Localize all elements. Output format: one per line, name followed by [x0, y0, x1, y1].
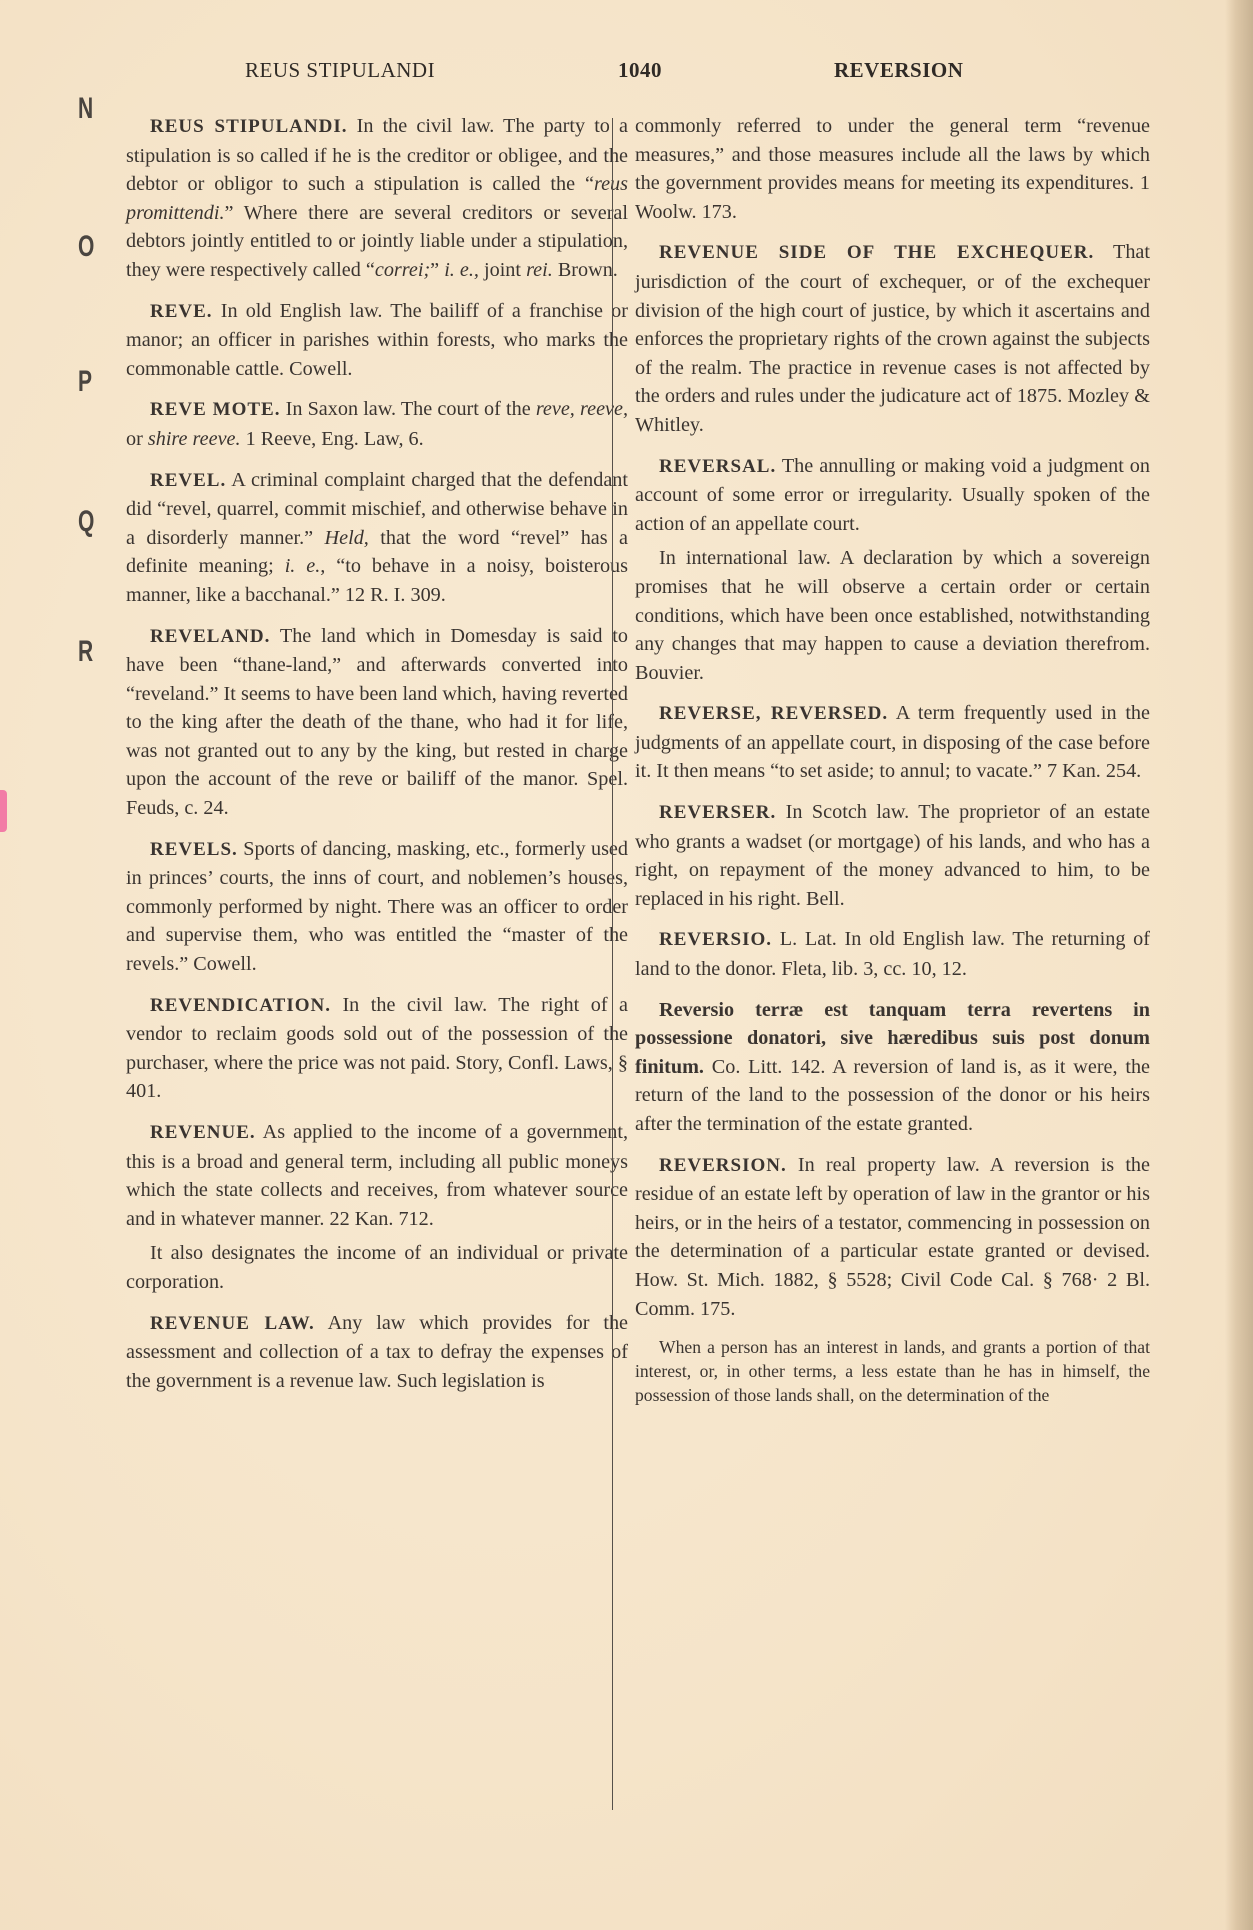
entry-italic-text: i. e., — [444, 259, 479, 281]
thumb-index-letter[interactable]: P — [78, 365, 92, 399]
dictionary-entry: REVENUE SIDE OF THE EXCHEQUER. That juri… — [635, 238, 1150, 439]
dictionary-entry: commonly referred to under the general t… — [635, 112, 1150, 226]
dictionary-page: REUS STIPULANDI 1040 REVERSION N O P Q R… — [0, 0, 1253, 1930]
dictionary-entry: REVELAND. The land which in Domesday is … — [126, 622, 628, 823]
dictionary-entry: REUS STIPULANDI. In the civil law. The p… — [126, 112, 628, 285]
left-column: REUS STIPULANDI. In the civil law. The p… — [126, 112, 628, 1407]
dictionary-entry: REVENDICATION. In the civil law. The rig… — [126, 991, 628, 1106]
entry-headword: REVENUE. — [150, 1122, 256, 1143]
dictionary-entry: REVERSION. In real property law. A rever… — [635, 1151, 1150, 1324]
entry-italic-text: reve, reeve, — [536, 398, 628, 420]
thumb-index-letter[interactable]: O — [78, 230, 94, 264]
entry-text: When a person has an interest in lands, … — [635, 1337, 1150, 1405]
entry-text: In international law. A declaration by w… — [635, 547, 1150, 683]
page-tab-marker — [0, 790, 7, 832]
entry-headword: REVERSER. — [659, 802, 776, 823]
entry-headword: REVERSAL. — [659, 456, 776, 477]
entry-text: Co. Litt. 142. A reversion of land is, a… — [635, 1056, 1150, 1135]
column-divider — [612, 118, 613, 1810]
entry-text: joint — [479, 259, 526, 281]
entry-italic-text: shire reeve. — [148, 428, 241, 450]
entry-headword: REVENUE LAW. — [150, 1313, 315, 1334]
dictionary-entry: REVENUE LAW. Any law which provides for … — [126, 1309, 628, 1396]
entry-italic-text: rei. — [526, 259, 553, 281]
entry-italic-text: i. e., — [285, 555, 326, 577]
entry-headword: REVELS. — [150, 839, 238, 860]
running-head-right: REVERSION — [834, 58, 963, 83]
entry-text: That jurisdiction of the court of excheq… — [635, 241, 1150, 436]
entry-text: or — [126, 428, 148, 450]
dictionary-entry: When a person has an interest in lands, … — [635, 1335, 1150, 1407]
entry-headword: REVERSIO. — [659, 929, 772, 950]
entry-italic-text: Held, — [325, 527, 369, 549]
entry-text: It also designates the income of an indi… — [126, 1242, 628, 1293]
page-number: 1040 — [618, 58, 662, 83]
running-head-left: REUS STIPULANDI — [245, 58, 435, 83]
dictionary-entry: REVELS. Sports of dancing, masking, etc.… — [126, 835, 628, 979]
entry-headword: REVENDICATION. — [150, 995, 331, 1016]
entry-text: commonly referred to under the general t… — [635, 115, 1150, 223]
entry-headword: REVENUE SIDE OF THE EXCHEQUER. — [659, 242, 1094, 263]
entry-headword: REVE. — [150, 301, 213, 322]
entry-text: The land which in Domesday is said to ha… — [126, 625, 628, 820]
thumb-index-letter[interactable]: N — [78, 92, 93, 126]
entry-text: Brown. — [553, 259, 618, 281]
entry-text: 1 Reeve, Eng. Law, 6. — [241, 428, 424, 450]
entry-text: In real property law. A reversion is the… — [635, 1154, 1150, 1320]
running-head: REUS STIPULANDI 1040 REVERSION — [0, 58, 1253, 88]
dictionary-entry: In international law. A declaration by w… — [635, 544, 1150, 687]
dictionary-entry: REVERSE, REVERSED. A term frequently use… — [635, 699, 1150, 786]
thumb-index-letter[interactable]: Q — [78, 505, 94, 539]
right-column: commonly referred to under the general t… — [635, 112, 1150, 1419]
entry-text: In Saxon law. The court of the — [280, 398, 535, 420]
dictionary-entry: REVE. In old English law. The bailiff of… — [126, 297, 628, 384]
dictionary-entry: REVE MOTE. In Saxon law. The court of th… — [126, 395, 628, 453]
dictionary-entry: It also designates the income of an indi… — [126, 1239, 628, 1296]
entry-headword: REVERSION. — [659, 1155, 787, 1176]
dictionary-entry: REVENUE. As applied to the income of a g… — [126, 1118, 628, 1233]
thumb-index-letter[interactable]: R — [78, 635, 93, 669]
entry-headword: REVEL. — [150, 470, 226, 491]
dictionary-entry: REVEL. A criminal complaint charged that… — [126, 466, 628, 610]
entry-headword: REUS STIPULANDI. — [150, 116, 347, 137]
dictionary-entry: REVERSER. In Scotch law. The proprietor … — [635, 798, 1150, 913]
dictionary-entry: REVERSAL. The annulling or making void a… — [635, 452, 1150, 539]
entry-headword: REVE MOTE. — [150, 399, 280, 420]
entry-text: ” — [430, 259, 444, 281]
entry-italic-text: correi; — [375, 259, 430, 281]
entry-headword: REVERSE, REVERSED. — [659, 703, 888, 724]
dictionary-entry: REVERSIO. L. Lat. In old English law. Th… — [635, 925, 1150, 983]
dictionary-entry: Reversio terræ est tanquam terra reverte… — [635, 996, 1150, 1139]
entry-headword: REVELAND. — [150, 626, 270, 647]
